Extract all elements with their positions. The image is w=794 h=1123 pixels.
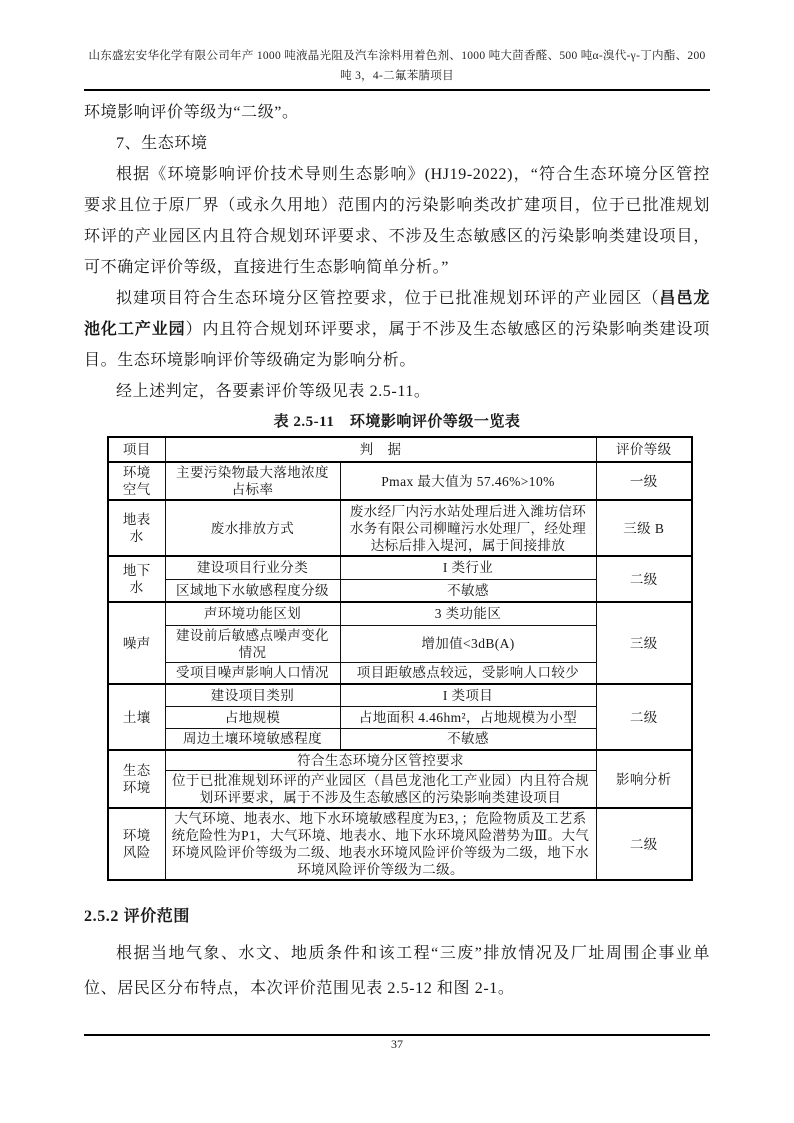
cell-groundwater-name: 地下水 — [108, 556, 165, 602]
cell-groundwater-value-2: 不敏感 — [340, 579, 596, 602]
table-row-ecology-1: 生态环境 符合生态环境分区管控要求 影响分析 — [108, 750, 692, 771]
cell-air-criterion: 主要污染物最大落地浓度占标率 — [165, 462, 340, 500]
page-footer: 37 — [84, 1034, 710, 1052]
header-criteria: 判 据 — [165, 437, 596, 462]
cell-soil-name: 土壤 — [108, 684, 165, 750]
cell-soil-value-2: 占地面积 4.46hm²，占地规模为小型 — [340, 706, 596, 728]
table-header-row: 项目 判 据 评价等级 — [108, 437, 692, 462]
cell-noise-criterion-1: 声环境功能区划 — [165, 602, 340, 625]
table-row-air: 环境空气 主要污染物最大落地浓度占标率 Pmax 最大值为 57.46%>10%… — [108, 462, 692, 500]
cell-noise-grade: 三级 — [596, 602, 692, 684]
cell-risk-value: 大气环境、地表水、地下水环境敏感程度为E3，；危险物质及工艺系统危险性为P1，大… — [165, 808, 596, 880]
table-title: 表 2.5-11 环境影响评价等级一览表 — [84, 412, 710, 432]
header-grade: 评价等级 — [596, 437, 692, 462]
cell-noise-criterion-3: 受项目噪声影响人口情况 — [165, 662, 340, 684]
cell-noise-value-3: 项目距敏感点较远，受影响人口较少 — [340, 662, 596, 684]
cell-noise-name: 噪声 — [108, 602, 165, 684]
cell-air-value: Pmax 最大值为 57.46%>10% — [340, 462, 596, 500]
cell-air-name: 环境空气 — [108, 462, 165, 500]
paragraph-conclusion: 经上述判定，各要素评价等级见表 2.5-11。 — [84, 376, 710, 407]
cell-noise-criterion-2: 建设前后敏感点噪声变化情况 — [165, 625, 340, 662]
paragraph-project-pre: 拟建项目符合生态环境分区管控要求，位于已批准规划环评的产业园区（ — [116, 290, 659, 307]
cell-ecology-value-2: 位于已批准规划环评的产业园区（昌邑龙池化工产业园）内且符合规划环评要求，属于不涉… — [165, 771, 596, 809]
cell-ecology-name: 生态环境 — [108, 750, 165, 808]
paragraph-project: 拟建项目符合生态环境分区管控要求，位于已批准规划环评的产业园区（昌邑龙池化工产业… — [84, 283, 710, 376]
table-row-risk: 环境风险 大气环境、地表水、地下水环境敏感程度为E3，；危险物质及工艺系统危险性… — [108, 808, 692, 880]
section-heading-252: 2.5.2 评价范围 — [84, 903, 710, 926]
page-content: 环境影响评价等级为“二级”。 7、生态环境 根据《环境影响评价技术导则生态影响》… — [84, 97, 710, 1006]
page-header-title: 山东盛宏安华化学有限公司年产 1000 吨液晶光阻及汽车涂料用着色剂、1000 … — [84, 46, 710, 91]
grade-table: 项目 判 据 评价等级 环境空气 主要污染物最大落地浓度占标率 Pmax 最大值… — [107, 436, 693, 881]
document-page: 山东盛宏安华化学有限公司年产 1000 吨液晶光阻及汽车涂料用着色剂、1000 … — [0, 0, 794, 1123]
cell-surface-water-criterion: 废水排放方式 — [165, 500, 340, 556]
heading-ecology: 7、生态环境 — [84, 128, 710, 159]
cell-groundwater-criterion-2: 区域地下水敏感程度分级 — [165, 579, 340, 602]
table-row-noise-1: 噪声 声环境功能区划 3 类功能区 三级 — [108, 602, 692, 625]
cell-ecology-value-1: 符合生态环境分区管控要求 — [165, 750, 596, 771]
cell-surface-water-value: 废水经厂内污水站处理后进入潍坊信环水务有限公司柳疃污水处理厂，经处理达标后排入堤… — [340, 500, 596, 556]
cell-risk-name: 环境风险 — [108, 808, 165, 880]
cell-soil-value-3: 不敏感 — [340, 728, 596, 750]
table-row-soil-1: 土壤 建设项目类别 I 类项目 二级 — [108, 684, 692, 706]
cell-soil-grade: 二级 — [596, 684, 692, 750]
paragraph-guideline: 根据《环境影响评价技术导则生态影响》(HJ19-2022)，“符合生态环境分区管… — [84, 159, 710, 283]
header-project: 项目 — [108, 437, 165, 462]
cell-soil-criterion-1: 建设项目类别 — [165, 684, 340, 706]
cell-surface-water-grade: 三级 B — [596, 500, 692, 556]
cell-soil-criterion-2: 占地规模 — [165, 706, 340, 728]
page-number: 37 — [391, 1037, 403, 1051]
paragraph-scope: 根据当地气象、水文、地质条件和该工程“三废”排放情况及厂址周围企事业单位、居民区… — [84, 936, 710, 1006]
cell-noise-value-2: 增加值<3dB(A) — [340, 625, 596, 662]
cell-air-grade: 一级 — [596, 462, 692, 500]
cell-ecology-grade: 影响分析 — [596, 750, 692, 808]
table-row-surface-water: 地表水 废水排放方式 废水经厂内污水站处理后进入潍坊信环水务有限公司柳疃污水处理… — [108, 500, 692, 556]
cell-soil-value-1: I 类项目 — [340, 684, 596, 706]
cell-noise-value-1: 3 类功能区 — [340, 602, 596, 625]
cell-risk-grade: 二级 — [596, 808, 692, 880]
table-row-groundwater-1: 地下水 建设项目行业分类 I 类行业 二级 — [108, 556, 692, 579]
paragraph-assessment-grade: 环境影响评价等级为“二级”。 — [84, 97, 710, 128]
cell-groundwater-grade: 二级 — [596, 556, 692, 602]
cell-groundwater-value-1: I 类行业 — [340, 556, 596, 579]
cell-surface-water-name: 地表水 — [108, 500, 165, 556]
cell-soil-criterion-3: 周边土壤环境敏感程度 — [165, 728, 340, 750]
cell-groundwater-criterion-1: 建设项目行业分类 — [165, 556, 340, 579]
